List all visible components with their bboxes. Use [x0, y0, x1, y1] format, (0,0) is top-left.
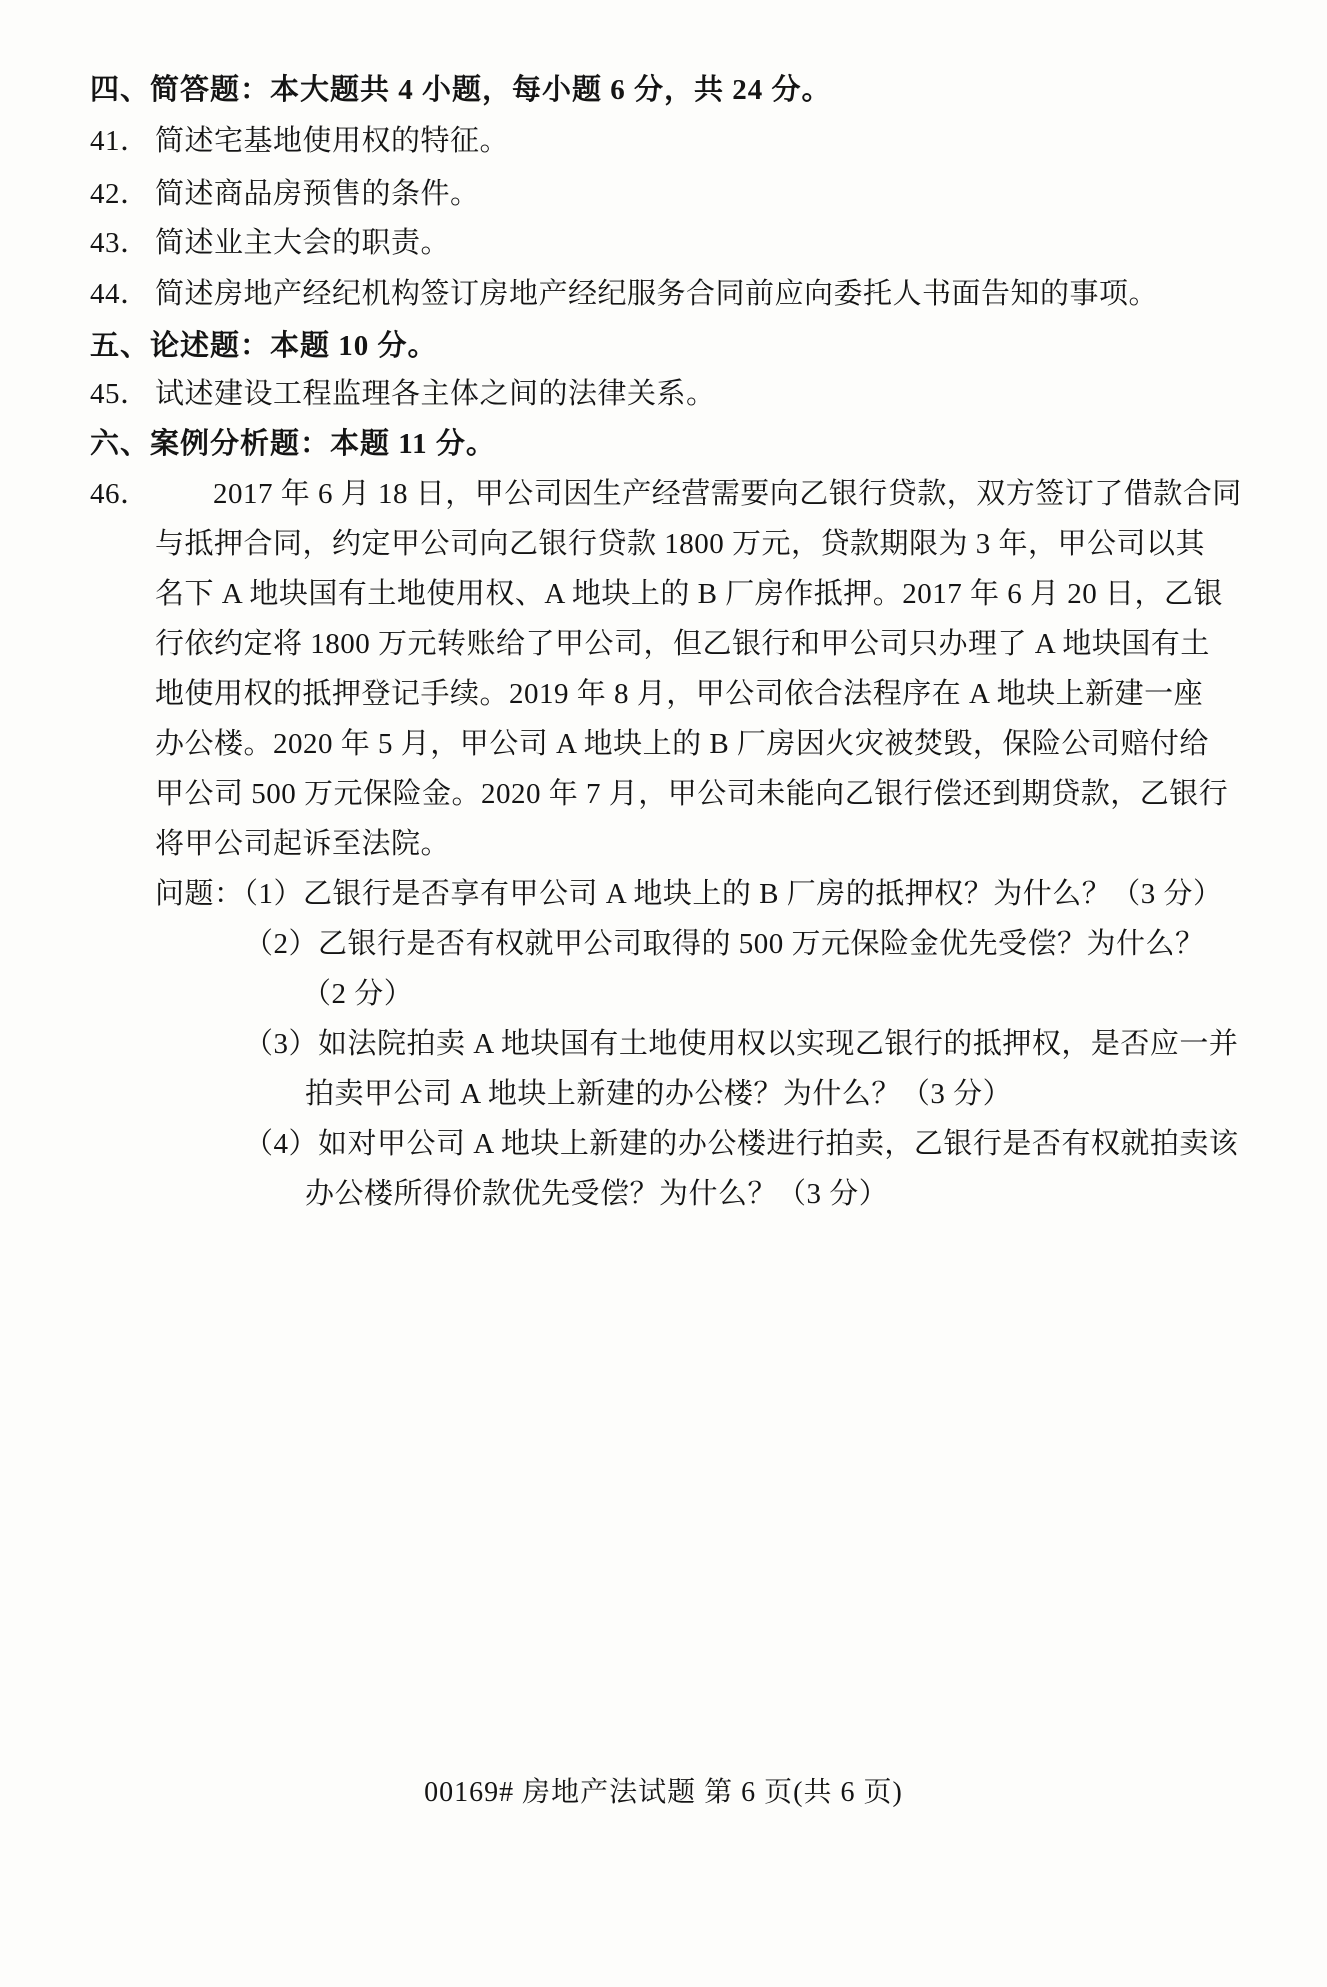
section-4-heading: 四、简答题：本大题共 4 小题，每小题 6 分，共 24 分。: [90, 70, 832, 110]
question-45-text: 试述建设工程监理各主体之间的法律关系。: [155, 378, 716, 410]
question-42-number: 42．: [90, 174, 155, 214]
section-5-heading: 五、论述题：本题 10 分。: [90, 326, 438, 366]
sub-question-4-line-2: 办公楼所得价款优先受偿？为什么？（3 分）: [305, 1174, 888, 1214]
question-43: 43．简述业主大会的职责。: [90, 223, 450, 263]
question-46-body-line-6: 办公楼。2020 年 5 月，甲公司 A 地块上的 B 厂房因火灾被焚毁，保险公…: [155, 724, 1209, 764]
question-43-number: 43．: [90, 223, 155, 263]
question-41: 41．简述宅基地使用权的特征。: [90, 121, 509, 161]
sub-question-1: （1）乙银行是否享有甲公司 A 地块上的 B 厂房的抵押权？为什么？（3 分）: [244, 878, 1223, 910]
sub-question-2-line-1: （2）乙银行是否有权就甲公司取得的 500 万元保险金优先受偿？为什么？: [244, 924, 1205, 964]
question-46-body-line-8: 将甲公司起诉至法院。: [155, 824, 450, 864]
ask-label: 问题：: [155, 878, 244, 910]
question-44-number: 44．: [90, 274, 155, 314]
question-43-text: 简述业主大会的职责。: [155, 227, 450, 259]
question-45-number: 45．: [90, 374, 155, 414]
question-42: 42．简述商品房预售的条件。: [90, 174, 480, 214]
question-44-text: 简述房地产经纪机构签订房地产经纪服务合同前应向委托人书面告知的事项。: [155, 278, 1158, 310]
question-46-body-line-7: 甲公司 500 万元保险金。2020 年 7 月，甲公司未能向乙银行偿还到期贷款…: [155, 774, 1228, 814]
question-46-body-line-3: 名下 A 地块国有土地使用权、A 地块上的 B 厂房作抵押。2017 年 6 月…: [155, 574, 1223, 614]
page-footer: 00169# 房地产法试题 第 6 页(共 6 页): [0, 1774, 1327, 1812]
question-41-number: 41．: [90, 121, 155, 161]
question-46-number: 46．: [90, 474, 155, 514]
question-44: 44．简述房地产经纪机构签订房地产经纪服务合同前应向委托人书面告知的事项。: [90, 274, 1158, 314]
question-46-body-line-4: 行依约定将 1800 万元转账给了甲公司，但乙银行和甲公司只办理了 A 地块国有…: [155, 624, 1210, 664]
question-42-text: 简述商品房预售的条件。: [155, 178, 480, 210]
question-46-body-line-1: 2017 年 6 月 18 日，甲公司因生产经营需要向乙银行贷款，双方签订了借款…: [213, 474, 1242, 514]
question-45: 45．试述建设工程监理各主体之间的法律关系。: [90, 374, 716, 414]
sub-question-4-line-1: （4）如对甲公司 A 地块上新建的办公楼进行拍卖，乙银行是否有权就拍卖该: [244, 1124, 1238, 1164]
question-46-line-1: 46．2017 年 6 月 18 日，甲公司因生产经营需要向乙银行贷款，双方签订…: [90, 474, 1242, 514]
sub-question-2-line-2: （2 分）: [302, 974, 413, 1014]
question-46-body-line-5: 地使用权的抵押登记手续。2019 年 8 月，甲公司依合法程序在 A 地块上新建…: [155, 674, 1203, 714]
section-6-heading: 六、案例分析题：本题 11 分。: [90, 424, 496, 464]
question-46-body-line-2: 与抵押合同，约定甲公司向乙银行贷款 1800 万元，贷款期限为 3 年，甲公司以…: [155, 524, 1205, 564]
exam-paper-page: 四、简答题：本大题共 4 小题，每小题 6 分，共 24 分。 41．简述宅基地…: [0, 0, 1327, 1987]
question-41-text: 简述宅基地使用权的特征。: [155, 125, 509, 157]
sub-question-3-line-2: 拍卖甲公司 A 地块上新建的办公楼？为什么？（3 分）: [305, 1074, 1012, 1114]
sub-question-3-line-1: （3）如法院拍卖 A 地块国有土地使用权以实现乙银行的抵押权，是否应一并: [244, 1024, 1238, 1064]
question-46-ask-line: 问题：（1）乙银行是否享有甲公司 A 地块上的 B 厂房的抵押权？为什么？（3 …: [155, 874, 1222, 914]
